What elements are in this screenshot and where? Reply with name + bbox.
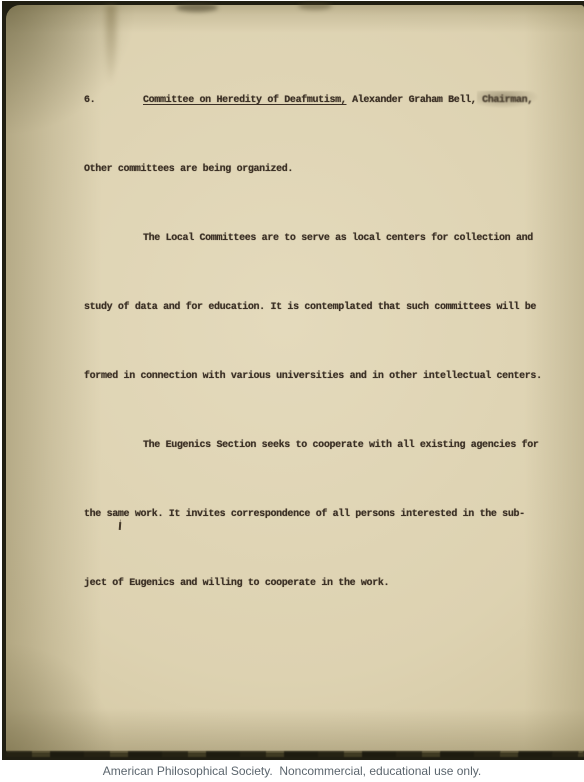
text-line: The Eugenics Section seeks to cooperate … [84, 434, 554, 457]
text-line: study of data and for education. It is c… [84, 296, 554, 319]
document-photo-backing: 6.Committee on Heredity of Deafmutism, A… [2, 1, 584, 760]
heading-chairman-smudged: Chairman, [482, 95, 533, 106]
text-line: formed in connection with various univer… [84, 365, 554, 388]
text-line: The Local Committees are to serve as loc… [84, 227, 554, 250]
paper-sheet: 6.Committee on Heredity of Deafmutism, A… [6, 5, 584, 753]
text-line-other-committees: Other committees are being organized. [84, 158, 554, 181]
torn-bottom-edge [6, 751, 584, 757]
scanned-document-page: 6.Committee on Heredity of Deafmutism, A… [0, 0, 584, 782]
heading-line: 6.Committee on Heredity of Deafmutism, A… [84, 89, 554, 112]
typed-text-block: 6.Committee on Heredity of Deafmutism, A… [84, 43, 554, 641]
heading-author: Alexander Graham Bell, [346, 95, 482, 106]
attribution-caption-bar: American Philosophical Society. Noncomme… [0, 760, 584, 782]
text-line: ject of Eugenics and willing to cooperat… [84, 572, 554, 595]
committee-heading-underlined: Committee on Heredity of Deafmutism, [143, 95, 346, 106]
top-edge-stain [298, 2, 332, 10]
top-edge-smudge [176, 3, 218, 12]
text-line: the same work. It invites correspondence… [84, 503, 554, 526]
attribution-caption-text: American Philosophical Society. Noncomme… [103, 764, 481, 778]
item-number: 6. [84, 89, 95, 112]
